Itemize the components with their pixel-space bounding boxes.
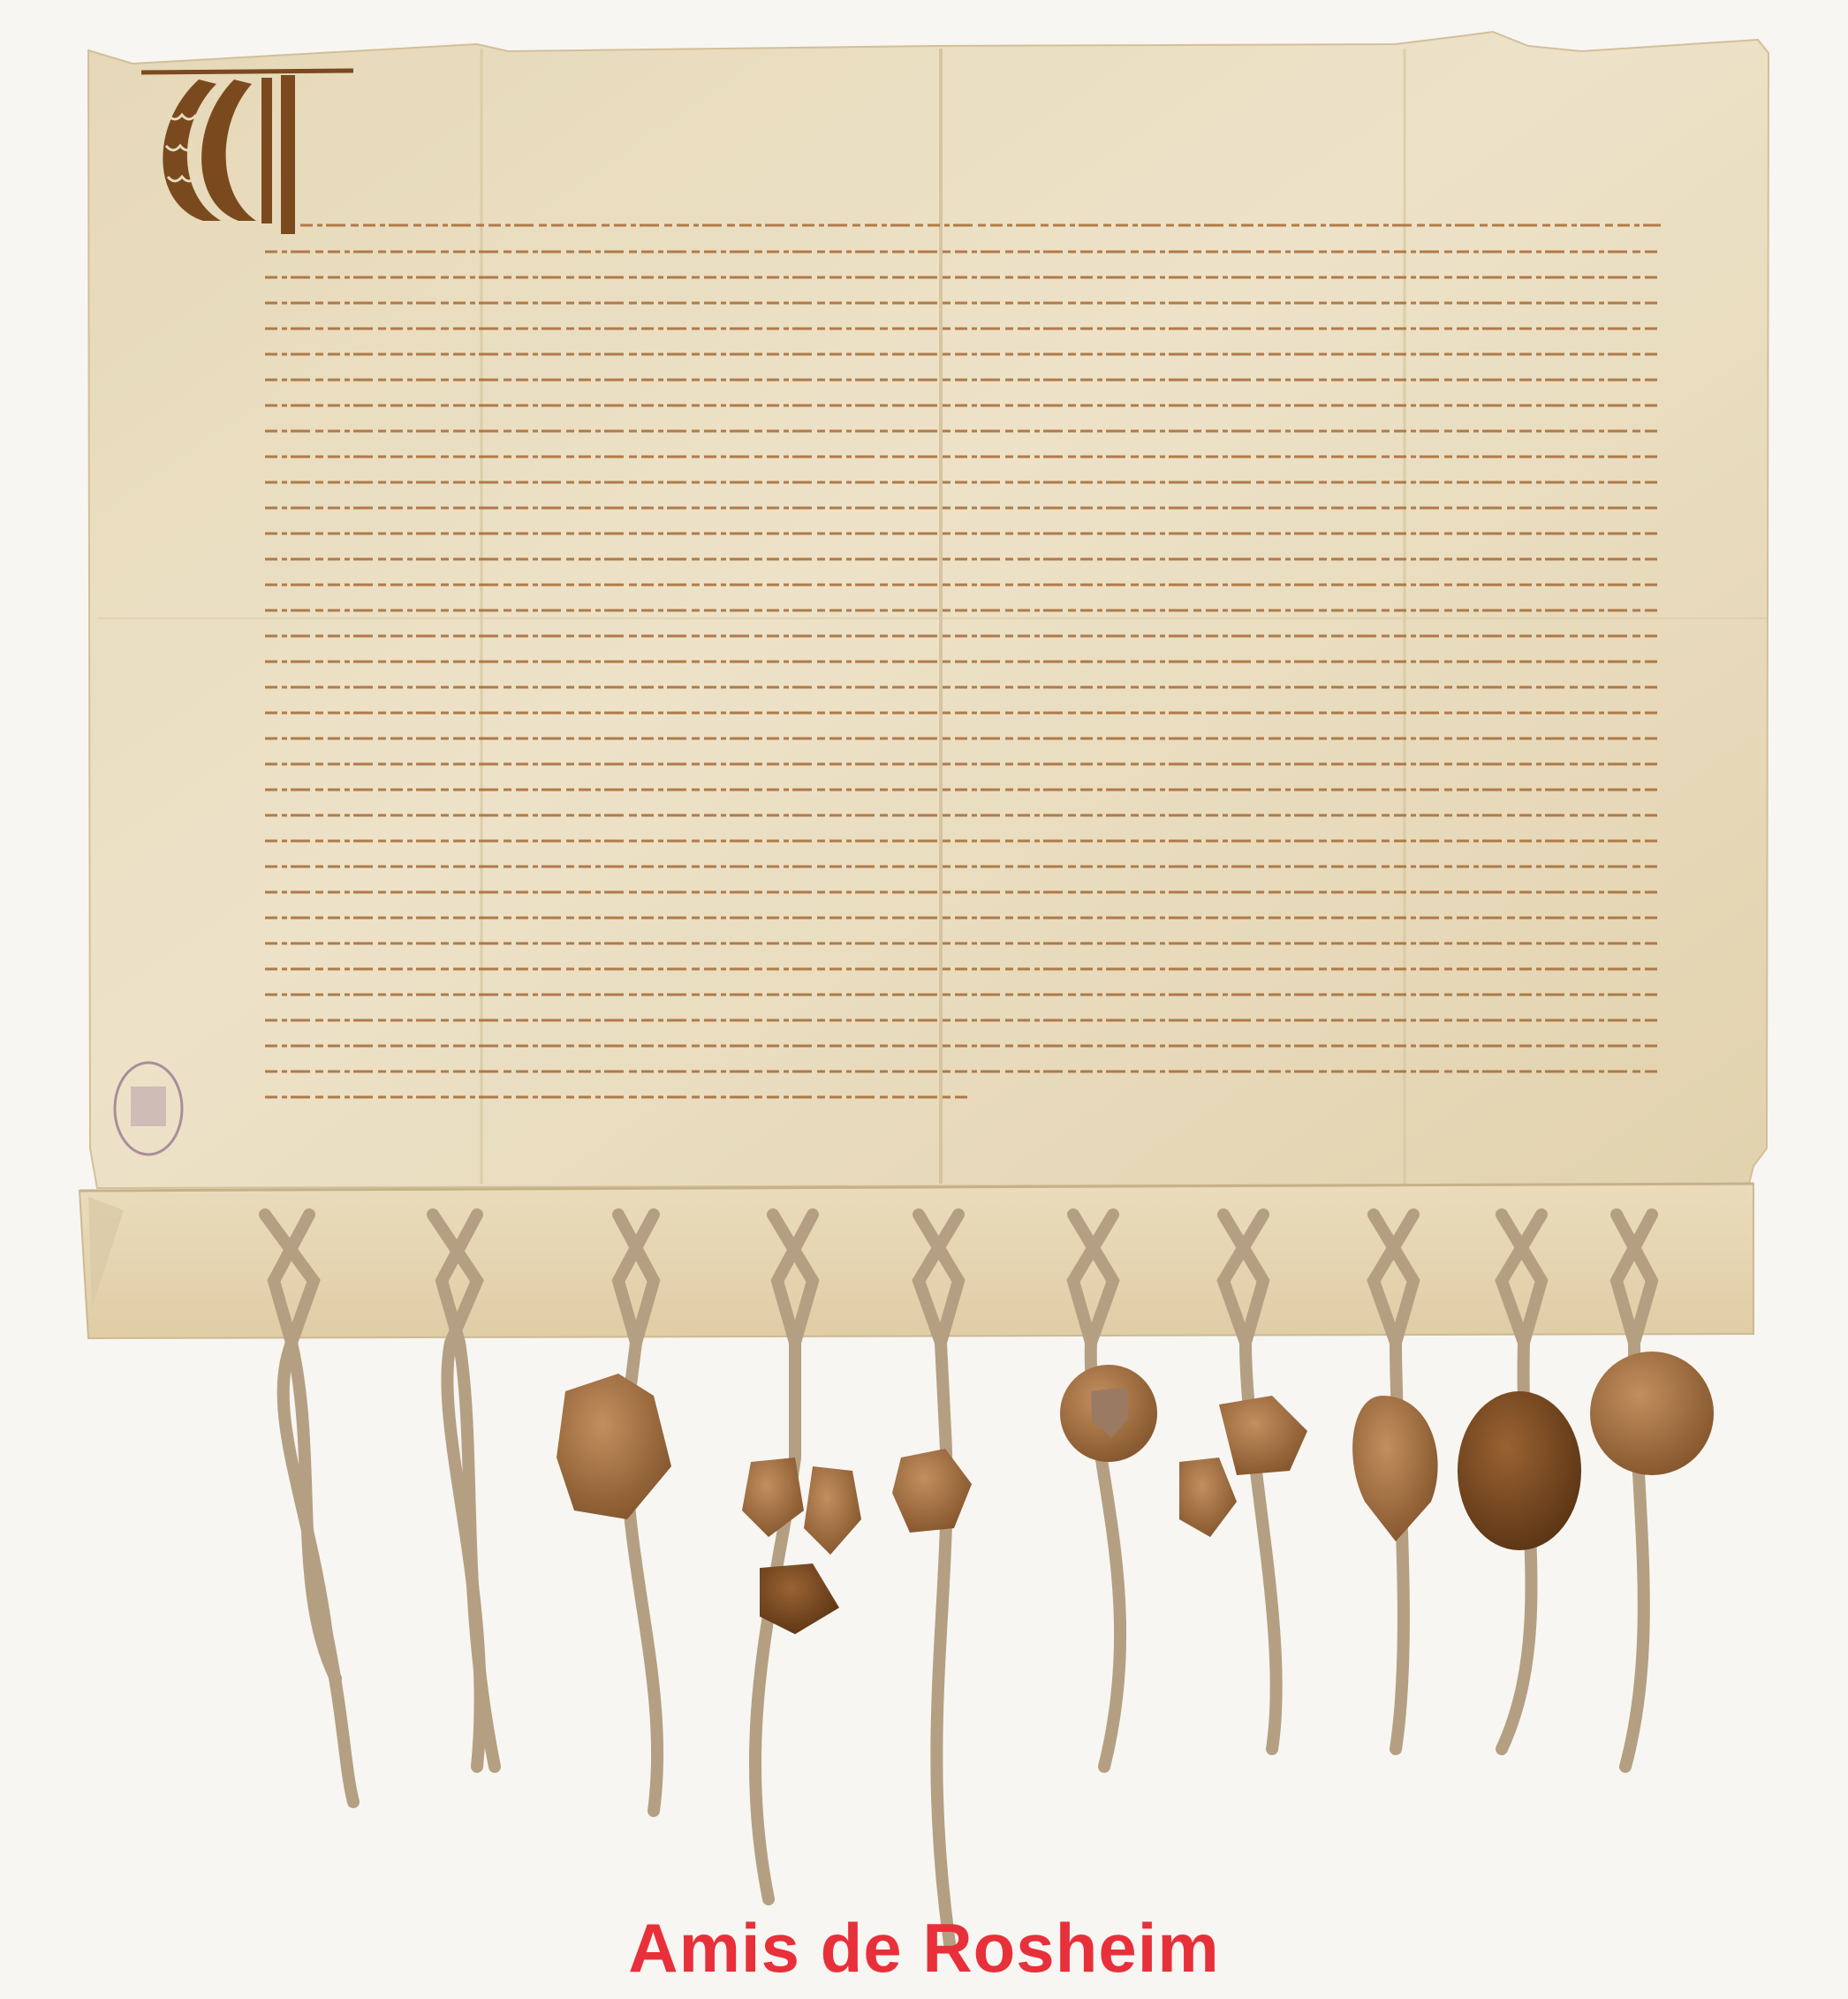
seal-5 (892, 1449, 972, 1533)
seal-6 (1060, 1365, 1157, 1462)
charter-illustration (0, 0, 1848, 1999)
seal-8 (1352, 1396, 1437, 1541)
seal-7b (1179, 1458, 1237, 1537)
seal-4b (804, 1466, 861, 1555)
seal-3 (557, 1374, 671, 1519)
seal-4a (742, 1458, 804, 1537)
caption: Amis de Rosheim (0, 1908, 1848, 1988)
charter-photograph: Amis de Rosheim (0, 0, 1848, 1999)
plica-fold (80, 1184, 1753, 1338)
seal-7a (1219, 1396, 1307, 1475)
wax-seals (557, 1352, 1714, 1634)
seal-10 (1590, 1352, 1714, 1475)
seal-9 (1458, 1391, 1581, 1550)
